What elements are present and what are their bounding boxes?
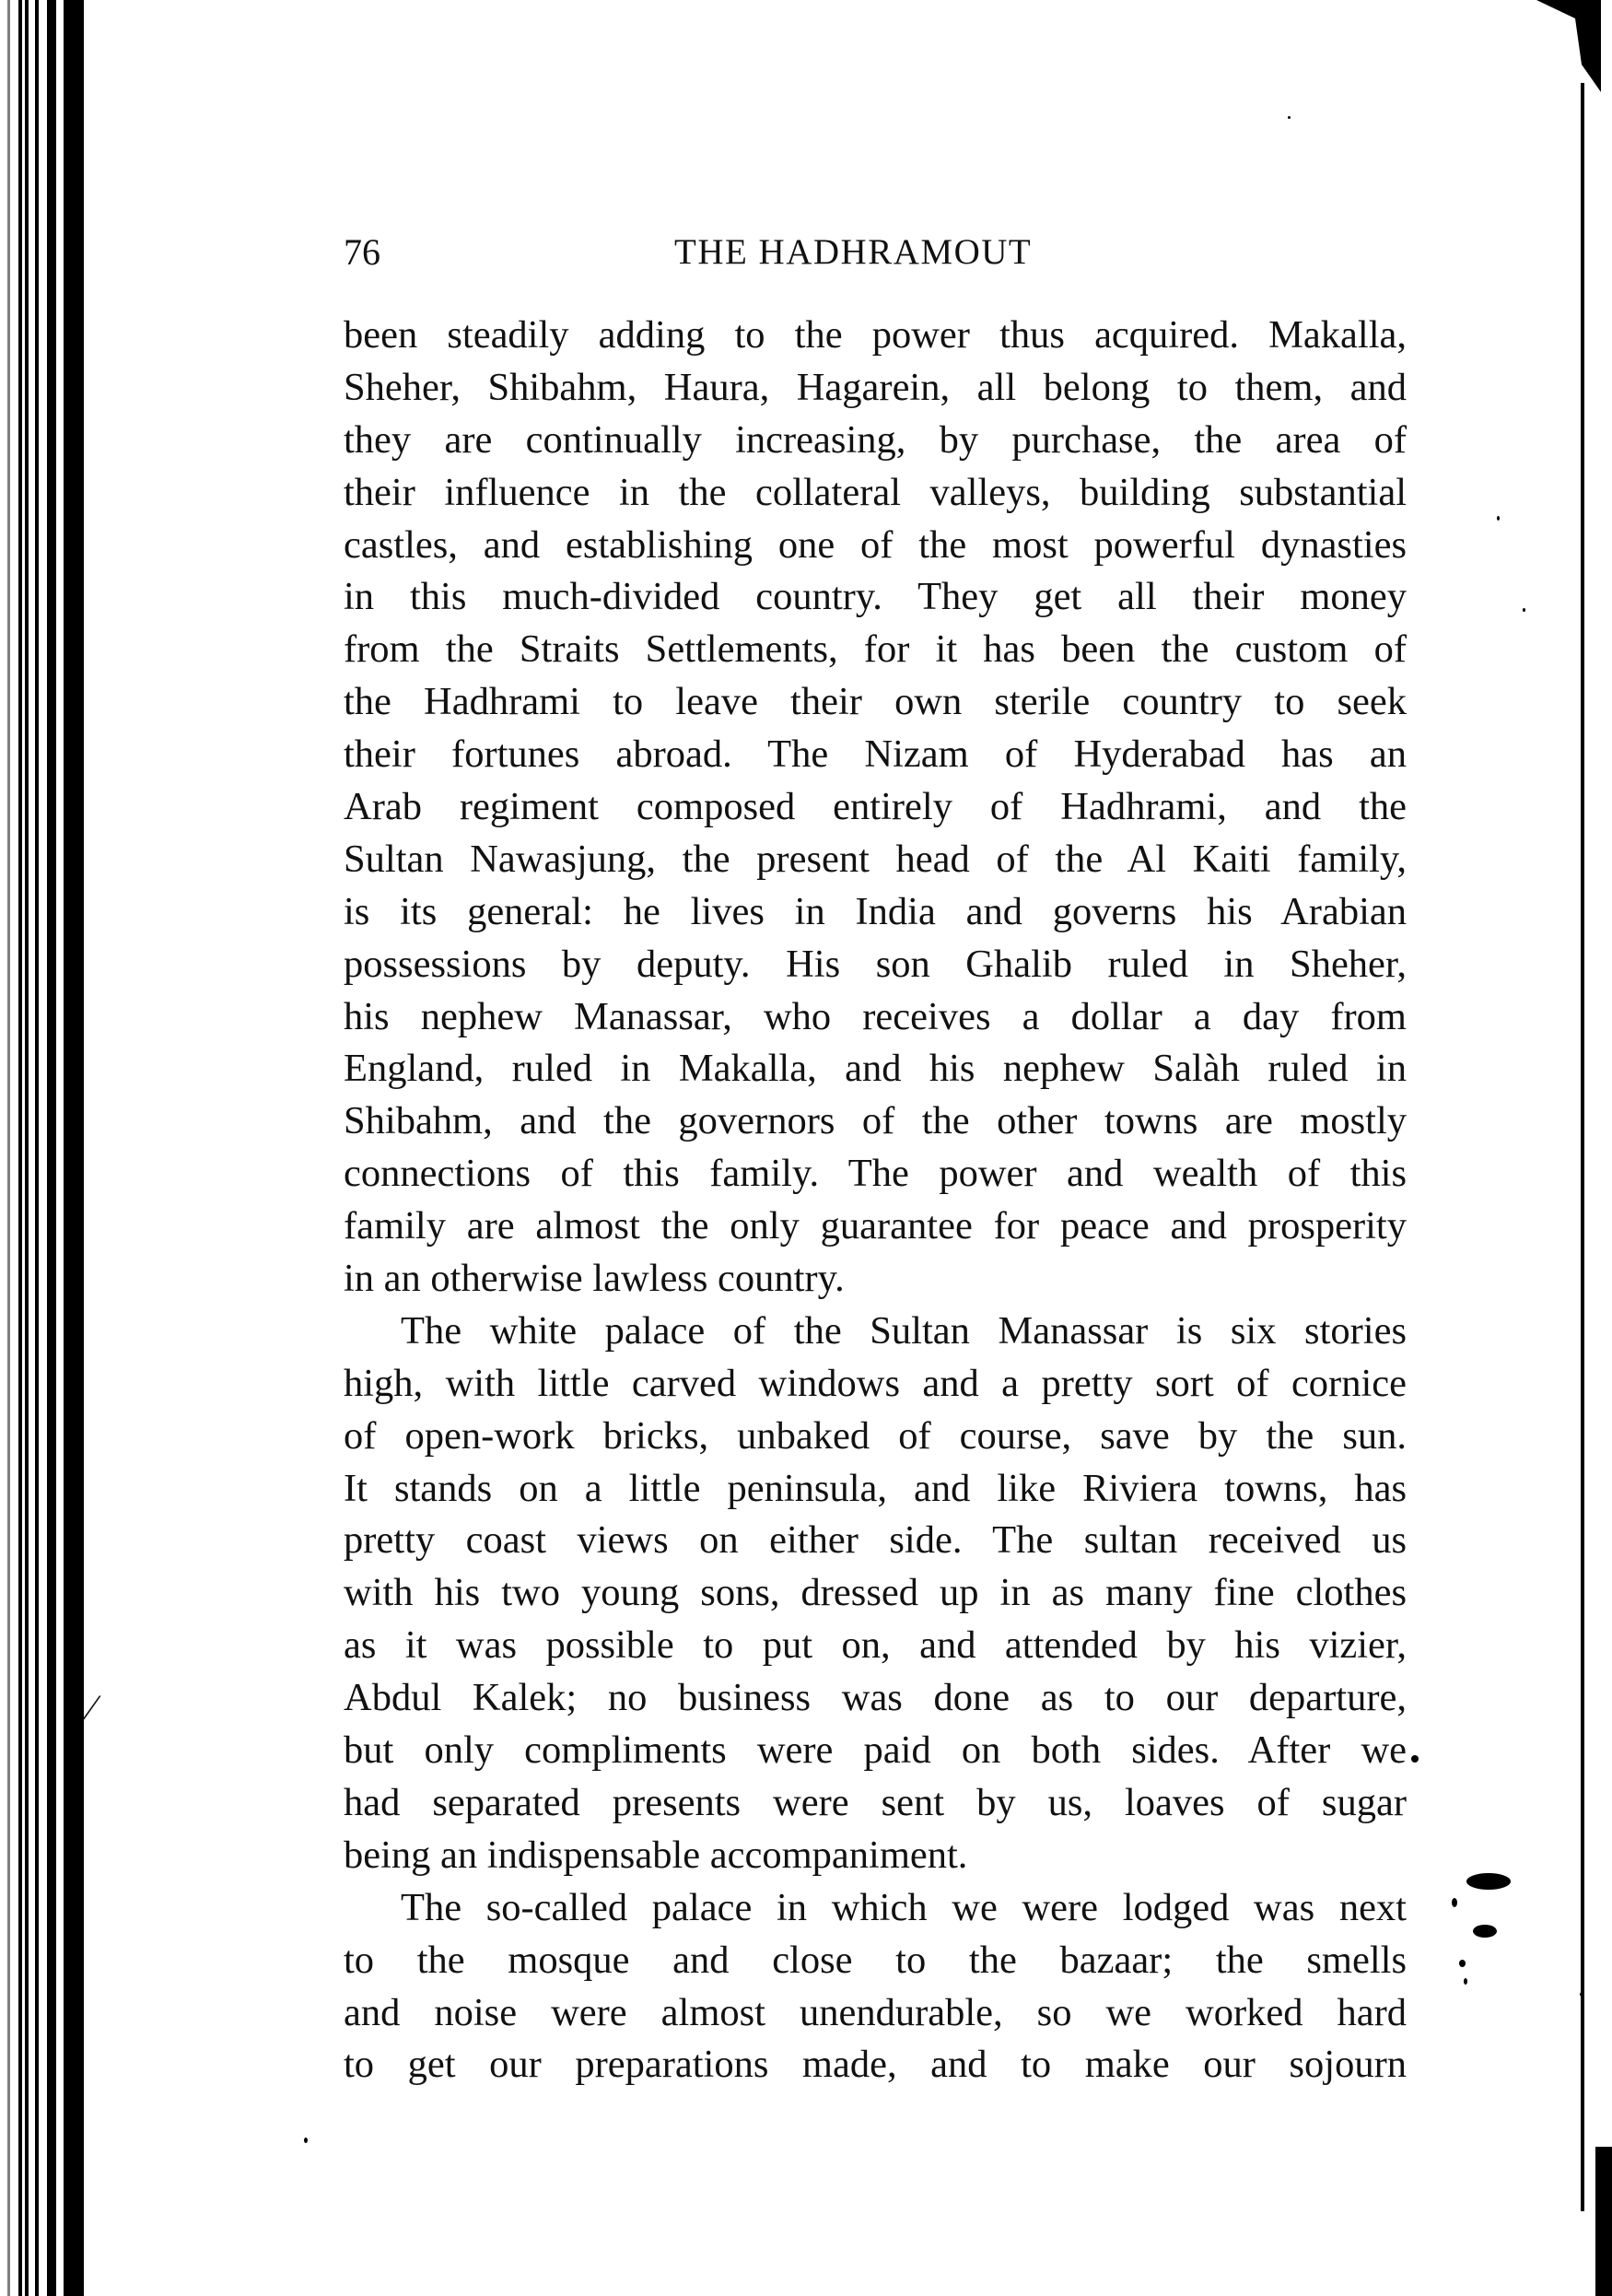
text-line: Shibahm, and the governors of the other … [344,1095,1407,1148]
text-line: but only compliments were paid on both s… [344,1725,1407,1777]
text-line: as it was possible to put on, and attend… [344,1620,1407,1672]
body-text: been steadily adding to the power thus a… [344,310,1407,2091]
text-line: to get our preparations made, and to mak… [344,2039,1407,2091]
ink-speck [1452,1898,1457,1907]
text-line: and noise were almost unendurable, so we… [344,1987,1407,2040]
text-line: castles, and establishing one of the mos… [344,520,1407,572]
text-line: connections of this family. The power an… [344,1148,1407,1201]
page-edge-shadow-top [1536,0,1601,92]
text-line: being an indispensable accompaniment. [344,1830,1407,1882]
text-line: Sultan Nawasjung, the present head of th… [344,834,1407,886]
running-title: THE HADHRAMOUT [674,232,1032,273]
text-line: in an otherwise lawless country. [344,1253,1407,1306]
ink-speck [1411,1755,1419,1763]
page-edge-line [1581,83,1584,2211]
text-line: from the Straits Settlements, for it has… [344,624,1407,676]
page-edge-shadow-bottom [1595,2147,1612,2296]
text-line: they are continually increasing, by purc… [344,415,1407,467]
ink-speck [1580,1992,1584,1997]
ink-speck [1473,1925,1497,1938]
text-line: It stands on a little peninsula, and lik… [344,1463,1407,1516]
ink-speck [304,2138,308,2143]
text-line: Arab regiment composed entirely of Hadhr… [344,781,1407,834]
text-line: possessions by deputy. His son Ghalib ru… [344,939,1407,991]
text-line: his nephew Manassar, who receives a doll… [344,991,1407,1044]
text-line: been steadily adding to the power thus a… [344,310,1407,362]
text-line: in this much-divided country. They get a… [344,571,1407,624]
binding-edge [0,0,92,2296]
margin-mark: ⁄ [88,1686,95,1729]
text-line: The so-called palace in which we were lo… [344,1882,1407,1935]
text-line: to the mosque and close to the bazaar; t… [344,1935,1407,1987]
text-line: Sheher, Shibahm, Haura, Hagarein, all be… [344,362,1407,415]
ink-speck [1523,608,1525,612]
ink-speck [1464,1978,1467,1985]
ink-speck [1497,516,1500,521]
text-line: The white palace of the Sultan Manassar … [344,1306,1407,1358]
ink-speck [1288,116,1291,119]
text-line: is its general: he lives in India and go… [344,886,1407,939]
text-line: Abdul Kalek; no business was done as to … [344,1672,1407,1725]
ink-speck [1459,1960,1466,1967]
text-line: pretty coast views on either side. The s… [344,1515,1407,1567]
running-head: 76 THE HADHRAMOUT [344,232,1407,273]
text-line: of open-work bricks, unbaked of course, … [344,1411,1407,1463]
text-line: the Hadhrami to leave their own sterile … [344,676,1407,729]
text-line: had separated presents were sent by us, … [344,1777,1407,1830]
page-number: 76 [344,232,380,273]
text-line: with his two young sons, dressed up in a… [344,1567,1407,1620]
text-line: their fortunes abroad. The Nizam of Hyde… [344,729,1407,781]
text-line: high, with little carved windows and a p… [344,1358,1407,1411]
book-page: 76 THE HADHRAMOUT been steadily adding t… [0,0,1612,2296]
ink-speck [1466,1873,1511,1890]
text-line: their influence in the collateral valley… [344,467,1407,520]
text-line: family are almost the only guarantee for… [344,1201,1407,1253]
text-line: England, ruled in Makalla, and his nephe… [344,1043,1407,1095]
